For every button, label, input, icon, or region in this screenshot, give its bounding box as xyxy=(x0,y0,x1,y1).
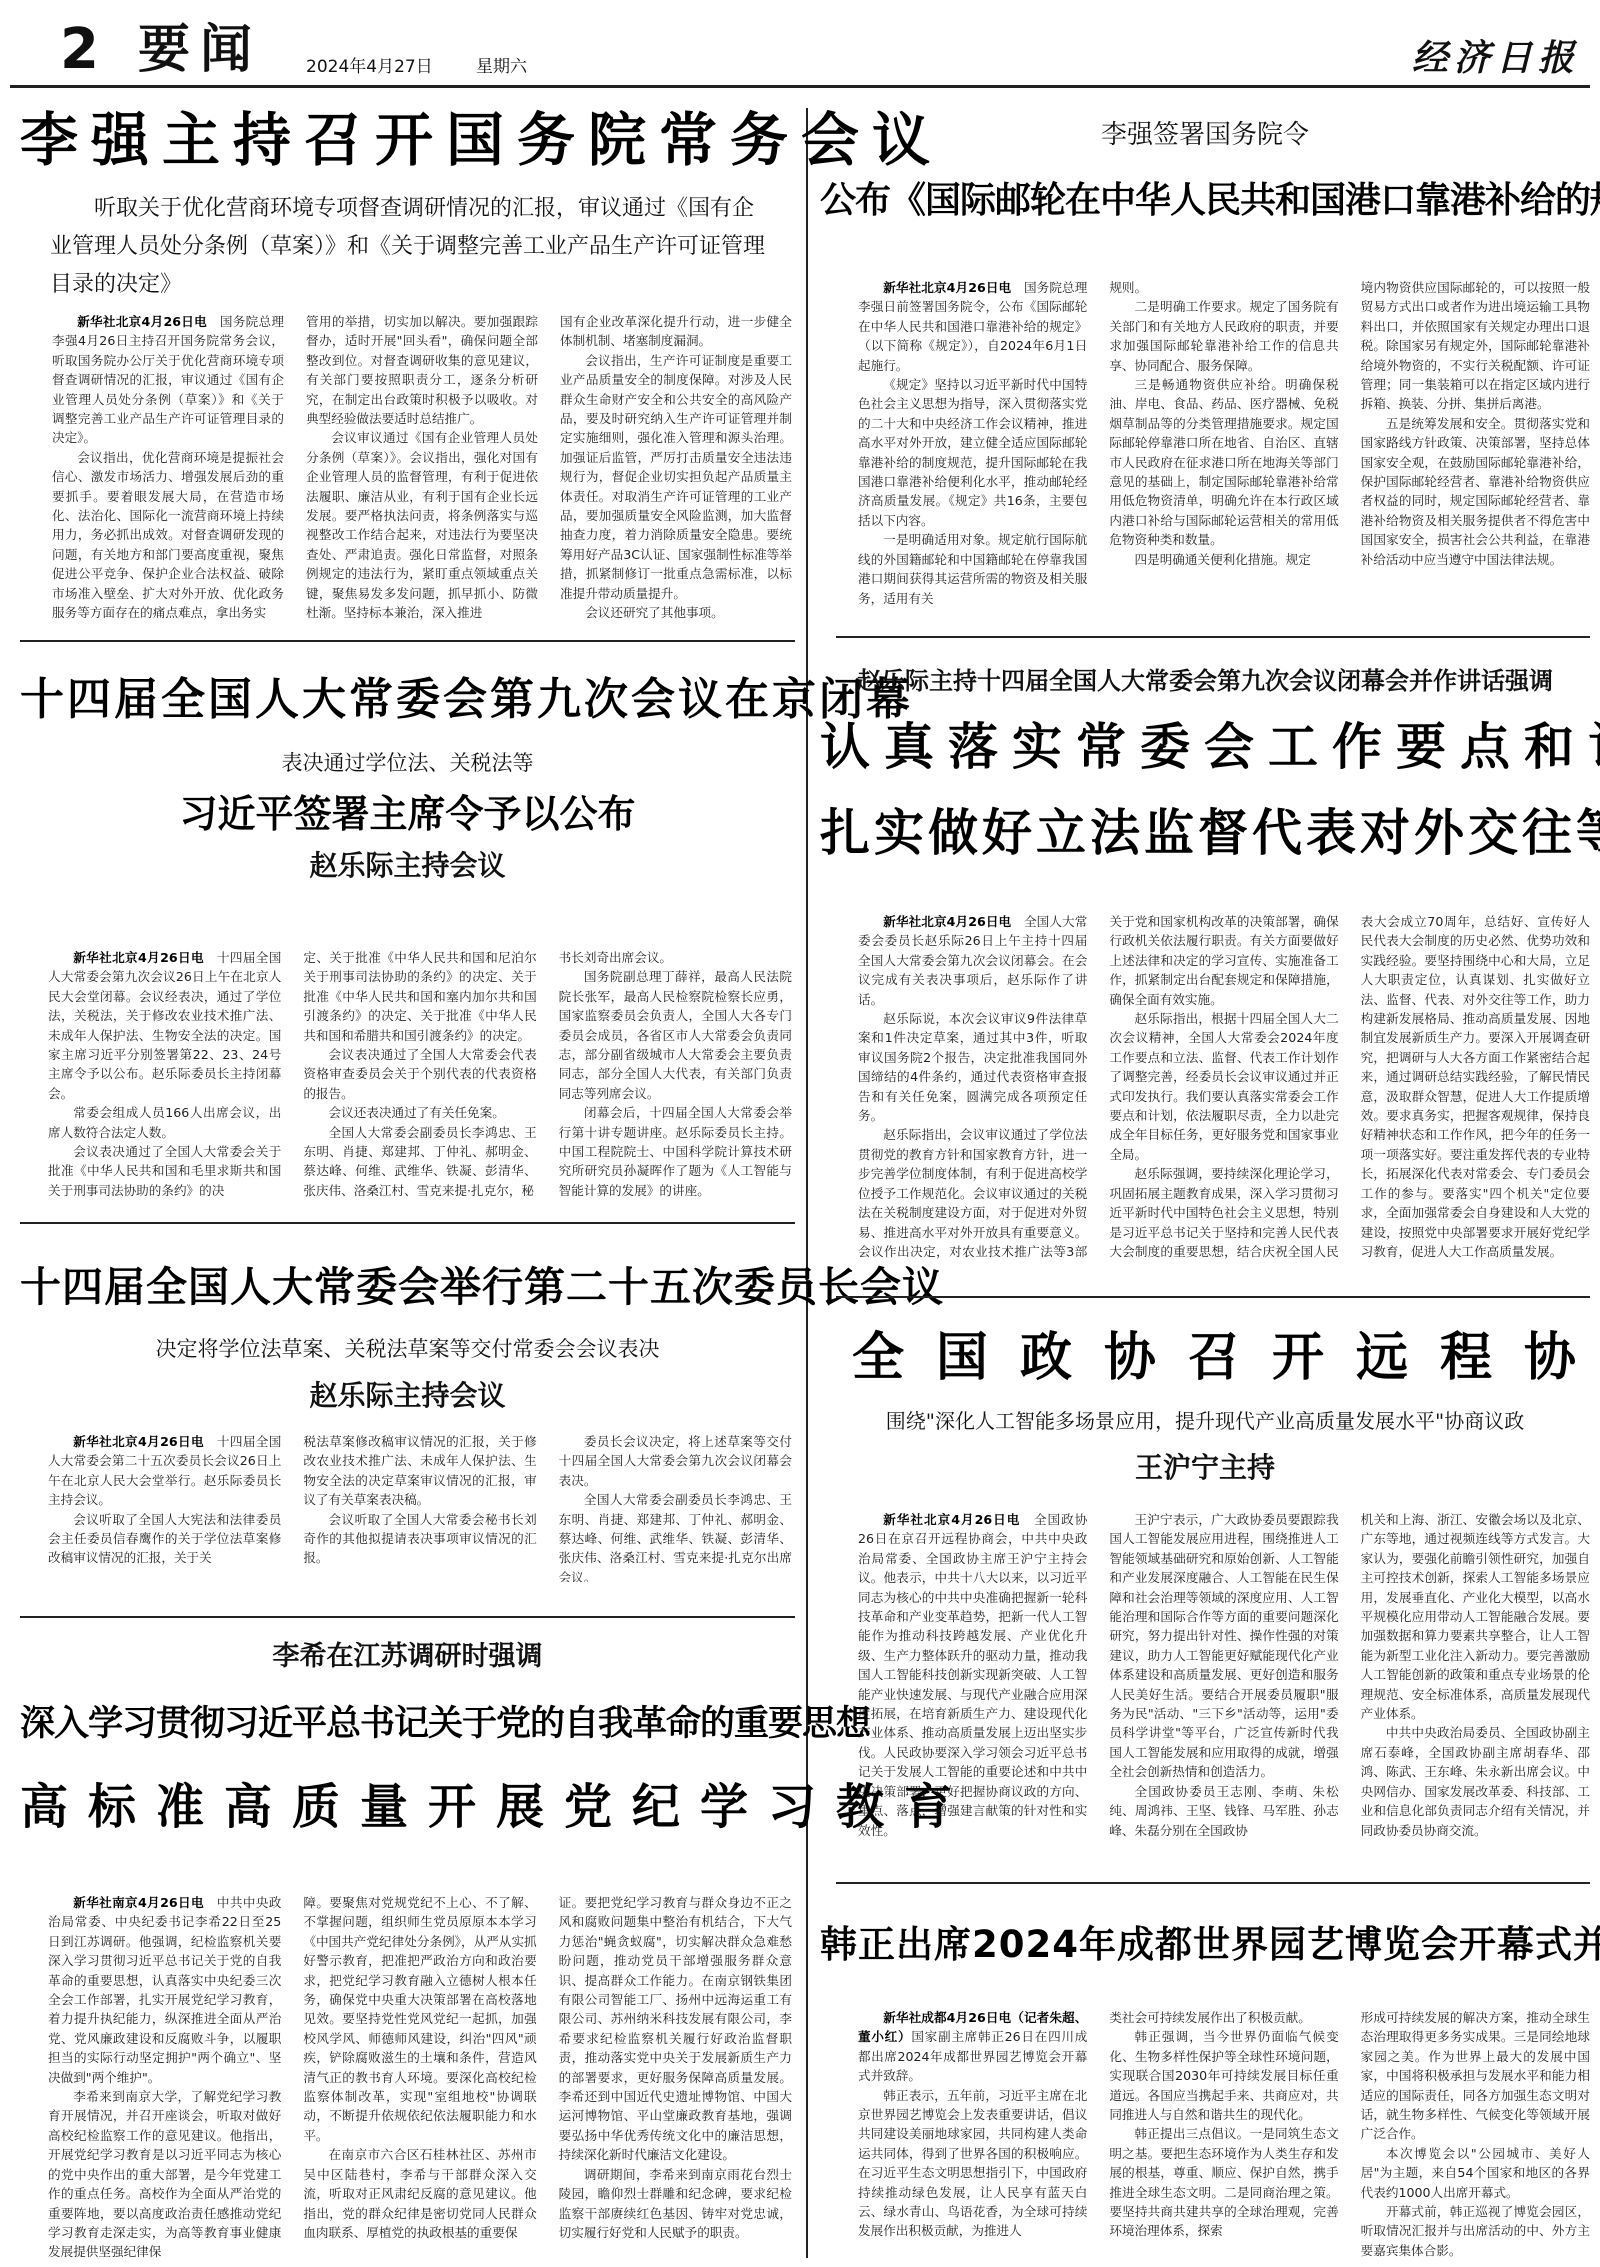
body-column-1: 新华社北京4月26日电 十四届全国人大常委会第二十五次委员长会议26日上午在北京… xyxy=(48,1432,281,1582)
paragraph: 全国政协委员王志刚、李萌、朱松纯、周鸿祎、王坚、钱锋、马军胜、孙志峰、朱磊分别在… xyxy=(1109,1782,1338,1840)
body-column-1: 新华社北京4月26日电 国务院总理李强4月26日主持召开国务院常务会议，听取国务… xyxy=(52,312,284,632)
paragraph: 会议审议通过《国有企业管理人员处分条例（草案）》。会议指出，强化对国有企业管理人… xyxy=(306,428,538,622)
article-state-council-meeting: 李强主持召开国务院常务会议 听取关于优化营商环境专项督查调研情况的汇报，审议通过… xyxy=(20,100,795,304)
paragraph: 定、关于批准《中华人民共和国和尼泊尔关于刑事司法协助的条约》的决定、关于批准《中… xyxy=(303,948,536,1045)
paragraph: 国务院副总理丁薛祥，最高人民法院院长张军，最高人民检察院检察长应勇，国家监察委员… xyxy=(559,967,792,1103)
section-title: 要闻 xyxy=(138,22,262,78)
paragraph: 会议表决通过了全国人大常委会关于批准《中华人民共和国和毛里求斯共和国关于刑事司法… xyxy=(48,1142,281,1198)
headline: 李强主持召开国务院常务会议 xyxy=(20,100,795,180)
body-column-3: 表大会成立70周年，总结好、宣传好人民代表大会制度的历史必然、优势功效和实践经验… xyxy=(1361,912,1590,1262)
paragraph: 闭幕会后，十四届全国人大常委会举行第十讲专题讲座。赵乐际委员长主持。中国工程院院… xyxy=(559,1103,792,1198)
paragraph: 赵乐际指出，会议审议通过了学位法贯彻党的教育方针和国家教育方针，进一步完善学位制… xyxy=(858,1125,1087,1262)
column-divider-vertical xyxy=(806,108,808,2258)
kicker: 李希在江苏调研时强调 xyxy=(20,1640,795,1674)
paragraph: 李希来到南京大学，了解党纪学习教育开展情况，并召开座谈会，听取对做好高校纪检监察… xyxy=(48,2087,281,2262)
subhead: 围绕"深化人工智能多场景应用，提升现代产业高质量发展水平"协商议政 xyxy=(820,1406,1590,1436)
article-body: 新华社南京4月26日电 中共中央政治局常委、中央纪委书记李希22日至25日到江苏… xyxy=(48,1893,792,2263)
headline: 认真落实常委会工作要点和计划 xyxy=(820,704,1590,790)
paragraph: 赵乐际指出，根据十四届全国人大二次会议精神，全国人大常委会2024年度工作要点和… xyxy=(1109,1009,1338,1164)
page-number: 2 xyxy=(60,22,99,78)
dateline: 新华社北京4月26日电 xyxy=(883,280,1011,295)
body-column-2: 类社会可持续发展作出了积极贡献。 韩正强调，当今世界仍面临气候变化、生物多样性保… xyxy=(1109,2008,1338,2263)
dateline: 新华社北京4月26日电 xyxy=(77,314,207,329)
paragraph: 类社会可持续发展作出了积极贡献。 xyxy=(1109,2008,1338,2027)
body-column-2: 管用的举措，切实加以解决。要加强跟踪督办，适时开展"回头看"，确保问题全部整改到… xyxy=(306,312,538,632)
body-column-2: 关于党和国家机构改革的决策部署，确保行政机关依法履行职责。有关方面要做好上述法律… xyxy=(1109,912,1338,1262)
paragraph: 障。要聚焦对党规党纪不上心、不了解、不掌握问题，组织师生党员原原本本学习《中国共… xyxy=(303,1893,536,2145)
paragraph: 五是统筹发展和安全。贯彻落实党和国家路线方针政策、决策部署，坚持总体国家安全观，… xyxy=(1361,414,1590,569)
body-column-1: 新华社成都4月26日电（记者朱超、董小红）国家副主席韩正26日在四川成都出席20… xyxy=(858,2008,1087,2263)
dateline: 新华社北京4月26日电 xyxy=(883,914,1011,929)
body-column-1: 新华社北京4月26日电 国务院总理李强日前签署国务院令，公布《国际邮轮在中华人民… xyxy=(858,278,1087,608)
body-column-3: 国有企业改革深化提升行动，进一步健全体制机制、堵塞制度漏洞。 会议指出，生产许可… xyxy=(560,312,792,632)
headline: 深入学习贯彻习近平总书记关于党的自我革命的重要思想 xyxy=(20,1684,795,1764)
presider-line: 赵乐际主持会议 xyxy=(20,846,795,886)
body-column-2: 障。要聚焦对党规党纪不上心、不了解、不掌握问题，组织师生党员原原本本学习《中国共… xyxy=(303,1893,536,2263)
kicker: 李强签署国务院令 xyxy=(820,118,1590,152)
paragraph: 常委会组成人员166人出席会议，出席人数符合法定人数。 xyxy=(48,1103,281,1142)
paragraph: 一是明确适用对象。规定航行国际航线的外国籍邮轮和中国籍邮轮在停靠我国港口期间获得… xyxy=(858,530,1087,608)
body-column-3: 委员长会议决定，将上述草案等交付十四届全国人大常委会第九次会议闭幕会表决。 全国… xyxy=(559,1432,792,1582)
publication-date: 2024年4月27日 xyxy=(306,52,433,77)
headline: 十四届全国人大常委会第九次会议在京闭幕 xyxy=(20,660,795,740)
paragraph: 证。要把党纪学习教育与群众身边不正之风和腐败问题集中整治有机结合，下大气力惩治"… xyxy=(559,1893,792,2165)
paragraph: 书长刘奇出席会议。 xyxy=(559,948,792,967)
paragraph: 表大会成立70周年，总结好、宣传好人民代表大会制度的历史必然、优势功效和实践经验… xyxy=(1361,912,1590,1261)
body-column-2: 定、关于批准《中华人民共和国和尼泊尔关于刑事司法协助的条约》的决定、关于批准《中… xyxy=(303,948,536,1198)
article-npc-closing: 十四届全国人大常委会第九次会议在京闭幕 表决通过学位法、关税法等 习近平签署主席… xyxy=(20,660,795,886)
paragraph: 形成可持续发展的解决方案，推动全球生态治理取得更多务实成果。三是同绘地球家园之美… xyxy=(1361,2008,1590,2144)
paragraph: 调研期间，李希来到南京雨花台烈士陵园，瞻仰烈士群雕和纪念碑，要求纪检监察干部赓续… xyxy=(559,2165,792,2243)
body-column-2: 规则。 二是明确工作要求。规定了国务院有关部门和有关地方人民政府的职责，并要求加… xyxy=(1109,278,1338,608)
publication-weekday: 星期六 xyxy=(476,52,527,77)
paragraph: 会议表决通过了全国人大常委会代表资格审查委员会关于个别代表的代表资格的报告。 xyxy=(303,1045,536,1103)
article-cppcc-consultation: 全国政协召开远程协商会 围绕"深化人工智能多场景应用，提升现代产业高质量发展水平… xyxy=(820,1318,1590,1488)
body-column-3: 机关和上海、浙江、安徽会场以及北京、广东等地，通过视频连线等方式发言。大家认为，… xyxy=(1361,1510,1590,1870)
article-separator xyxy=(836,636,1590,638)
article-body: 新华社北京4月26日电 国务院总理李强日前签署国务院令，公布《国际邮轮在中华人民… xyxy=(858,278,1590,608)
article-separator xyxy=(836,1882,1590,1884)
paragraph: 本次博览会以"公园城市、美好人居"为主题，来自54个国家和地区的各界代表约100… xyxy=(1361,2144,1590,2202)
article-cruise-regulation: 李强签署国务院令 公布《国际邮轮在中华人民共和国港口靠港补给的规定》 xyxy=(820,118,1590,236)
article-separator xyxy=(20,640,795,642)
paragraph: 中共中央政治局委员、全国政协副主席石泰峰，全国政协副主席胡春华、邵鸿、陈武、王东… xyxy=(1361,1723,1590,1839)
paragraph: 会议还表决通过了有关任免案。 xyxy=(303,1103,536,1122)
article-separator xyxy=(20,1222,795,1224)
dateline: 新华社北京4月26日电 xyxy=(883,1512,1020,1527)
body-column-2: 王沪宁表示，广大政协委员要跟踪我国人工智能发展应用进程，围绕推进人工智能领域基础… xyxy=(1109,1510,1338,1870)
headline-secondary: 高标准高质量开展党纪学习教育 xyxy=(20,1764,795,1850)
body-column-3: 书长刘奇出席会议。 国务院副总理丁薛祥，最高人民法院院长张军，最高人民检察院检察… xyxy=(559,948,792,1198)
subhead: 决定将学位法草案、关税法草案等交付常委会会议表决 xyxy=(20,1334,795,1364)
paragraph: 中共中央政治局常委、中央纪委书记李希22日至25日到江苏调研。他强调，纪检监察机… xyxy=(48,1895,281,2085)
headline: 韩正出席2024年成都世界园艺博览会开幕式并致辞 xyxy=(820,1905,1590,1985)
article-body: 新华社北京4月26日电 十四届全国人大常委会第九次会议26日上午在北京人民大会堂… xyxy=(48,948,792,1198)
body-column-1: 新华社北京4月26日电 十四届全国人大常委会第九次会议26日上午在北京人民大会堂… xyxy=(48,948,281,1198)
paragraph: 韩正强调，当今世界仍面临气候变化、生物多样性保护等全球性环境问题，实现联合国20… xyxy=(1109,2027,1338,2124)
paragraph: 赵乐际说，本次会议审议9件法律草案和1件决定草案，通过其中3件，听取审议国务院2… xyxy=(858,1009,1087,1125)
headline-secondary: 习近平签署主席令予以公布 xyxy=(20,782,795,846)
paragraph: 国务院总理李强4月26日主持召开国务院常务会议，听取国务院办公厅关于优化营商环境… xyxy=(52,314,284,445)
kicker: 赵乐际主持十四届全国人大常委会第九次会议闭幕会并作讲话强调 xyxy=(820,664,1590,698)
article-chengdu-expo: 韩正出席2024年成都世界园艺博览会开幕式并致辞 xyxy=(820,1905,1590,1985)
paragraph: 税法草案修改稿审议情况的汇报，关于修改农业技术推广法、未成年人保护法、生物安全法… xyxy=(303,1432,536,1510)
body-column-3: 形成可持续发展的解决方案，推动全球生态治理取得更多务实成果。三是同绘地球家园之美… xyxy=(1361,2008,1590,2263)
paragraph: 关于党和国家机构改革的决策部署，确保行政机关依法履行职责。有关方面要做好上述法律… xyxy=(1109,912,1338,1009)
paragraph: 境内物资供应国际邮轮的，可以按照一般贸易方式出口或者作为进出境运输工具物料出口，… xyxy=(1361,278,1590,414)
paragraph: 韩正表示，五年前，习近平主席在北京世界园艺博览会上发表重要讲话，倡议共同建设美丽… xyxy=(858,2086,1087,2241)
headline: 十四届全国人大常委会举行第二十五次委员长会议 xyxy=(20,1250,795,1324)
article-body: 新华社成都4月26日电（记者朱超、董小红）国家副主席韩正26日在四川成都出席20… xyxy=(858,2008,1590,2263)
article-separator xyxy=(836,1296,1590,1298)
paragraph: 管用的举措，切实加以解决。要加强跟踪督办，适时开展"回头看"，确保问题全部整改到… xyxy=(306,312,538,428)
paragraph: 《规定》坚持以习近平新时代中国特色社会主义思想为指导，深入贯彻落实党的二十大和中… xyxy=(858,375,1087,530)
article-body: 新华社北京4月26日电 十四届全国人大常委会第二十五次委员长会议26日上午在北京… xyxy=(48,1432,792,1582)
paragraph: 赵乐际强调，要持续深化理论学习，巩固拓展主题教育成果，深入学习贯彻习近平新时代中… xyxy=(1109,1164,1338,1262)
newspaper-masthead-logo: 经济日报 xyxy=(1412,30,1580,81)
body-column-2: 税法草案修改稿审议情况的汇报，关于修改农业技术推广法、未成年人保护法、生物安全法… xyxy=(303,1432,536,1582)
headline-secondary: 扎实做好立法监督代表对外交往等工作 xyxy=(820,790,1590,876)
paragraph: 国有企业改革深化提升行动，进一步健全体制机制、堵塞制度漏洞。 xyxy=(560,312,792,351)
paragraph: 委员长会议决定，将上述草案等交付十四届全国人大常委会第九次会议闭幕会表决。 xyxy=(559,1432,792,1490)
paragraph: 二是明确工作要求。规定了国务院有关部门和有关地方人民政府的职责，并要求加强国际邮… xyxy=(1109,297,1338,375)
article-body: 新华社北京4月26日电 国务院总理李强4月26日主持召开国务院常务会议，听取国务… xyxy=(52,312,792,632)
body-column-1: 新华社北京4月26日电 全国人大常委会委员长赵乐际26日上午主持十四届全国人大常… xyxy=(858,912,1087,1262)
dateline: 新华社北京4月26日电 xyxy=(73,1434,204,1449)
headline: 全国政协召开远程协商会 xyxy=(820,1318,1590,1398)
paragraph: 会议听取了全国人大常委会秘书长刘奇作的其他拟提请表决事项审议情况的汇报。 xyxy=(303,1510,536,1568)
paragraph: 在南京市六合区石桂林社区、苏州市吴中区陆巷村，李希与干部群众深入交流，听取对正风… xyxy=(303,2145,536,2242)
dateline: 新华社南京4月26日电 xyxy=(73,1895,204,1910)
page-header: 2 要闻 2024年4月27日 星期六 经济日报 xyxy=(10,0,1590,88)
presider-line: 王沪宁主持 xyxy=(820,1448,1590,1488)
paragraph: 会议指出，生产许可证制度是重要工业产品质量安全的制度保障。对涉及人民群众生命财产… xyxy=(560,351,792,603)
paragraph: 规则。 xyxy=(1109,278,1338,297)
subhead: 表决通过学位法、关税法等 xyxy=(20,748,795,778)
headline: 公布《国际邮轮在中华人民共和国港口靠港补给的规定》 xyxy=(820,166,1590,236)
article-separator xyxy=(20,1616,795,1618)
article-body: 新华社北京4月26日电 全国人大常委会委员长赵乐际26日上午主持十四届全国人大常… xyxy=(858,912,1590,1262)
body-column-1: 新华社南京4月26日电 中共中央政治局常委、中央纪委书记李希22日至25日到江苏… xyxy=(48,1893,281,2263)
presider-line: 赵乐际主持会议 xyxy=(20,1376,795,1416)
paragraph: 会议还研究了其他事项。 xyxy=(560,603,792,622)
paragraph: 开幕式前，韩正巡视了博览会园区，听取情况汇报并与出席活动的中、外方主要嘉宾集体合… xyxy=(1361,2202,1590,2260)
paragraph: 全国人大常委会副委员长李鸿忠、王东明、肖捷、郑建邦、丁仲礼、郝明金、蔡达峰、何维… xyxy=(559,1490,792,1582)
body-column-3: 证。要把党纪学习教育与群众身边不正之风和腐败问题集中整治有机结合，下大气力惩治"… xyxy=(559,1893,792,2263)
paragraph: 机关和上海、浙江、安徽会场以及北京、广东等地，通过视频连线等方式发言。大家认为，… xyxy=(1361,1510,1590,1723)
deck: 听取关于优化营商环境专项督查调研情况的汇报，审议通过《国有企业管理人员处分条例（… xyxy=(50,190,775,304)
paragraph: 会议指出，优化营商环境是提振社会信心、激发市场活力、增强发展后劲的重要抓手。要着… xyxy=(52,448,284,623)
paragraph: 会议听取了全国人大宪法和法律委员会主任委员信春鹰作的关于学位法草案修改稿审议情况… xyxy=(48,1510,281,1568)
paragraph: 三是畅通物资供应补给。明确保税油、岸电、食品、药品、医疗器械、免税烟草制品等的分… xyxy=(1109,375,1338,550)
paragraph: 王沪宁表示，广大政协委员要跟踪我国人工智能发展应用进程，围绕推进人工智能领域基础… xyxy=(1109,1510,1338,1782)
paragraph: 十四届全国人大常委会第九次会议26日上午在北京人民大会堂闭幕。会议经表决，通过了… xyxy=(48,950,281,1101)
paragraph: 全国人大常委会副委员长李鸿忠、王东明、肖捷、郑建邦、丁仲礼、郝明金、蔡达峰、何维… xyxy=(303,1123,536,1198)
paragraph: 韩正提出三点倡议。一是同筑生态文明之基。要把生态环境作为人类生存和发展的根基，尊… xyxy=(1109,2124,1338,2240)
dateline: 新华社北京4月26日电 xyxy=(73,950,204,965)
body-column-3: 境内物资供应国际邮轮的，可以按照一般贸易方式出口或者作为进出境运输工具物料出口，… xyxy=(1361,278,1590,608)
article-npc-chairpersons-council: 十四届全国人大常委会举行第二十五次委员长会议 决定将学位法草案、关税法草案等交付… xyxy=(20,1250,795,1416)
article-zhao-leji-speech: 赵乐际主持十四届全国人大常委会第九次会议闭幕会并作讲话强调 认真落实常委会工作要… xyxy=(820,664,1590,876)
article-li-xi-jiangsu: 李希在江苏调研时强调 深入学习贯彻习近平总书记关于党的自我革命的重要思想 高标准… xyxy=(20,1640,795,1850)
paragraph: 四是明确通关便利化措施。规定 xyxy=(1109,550,1338,569)
